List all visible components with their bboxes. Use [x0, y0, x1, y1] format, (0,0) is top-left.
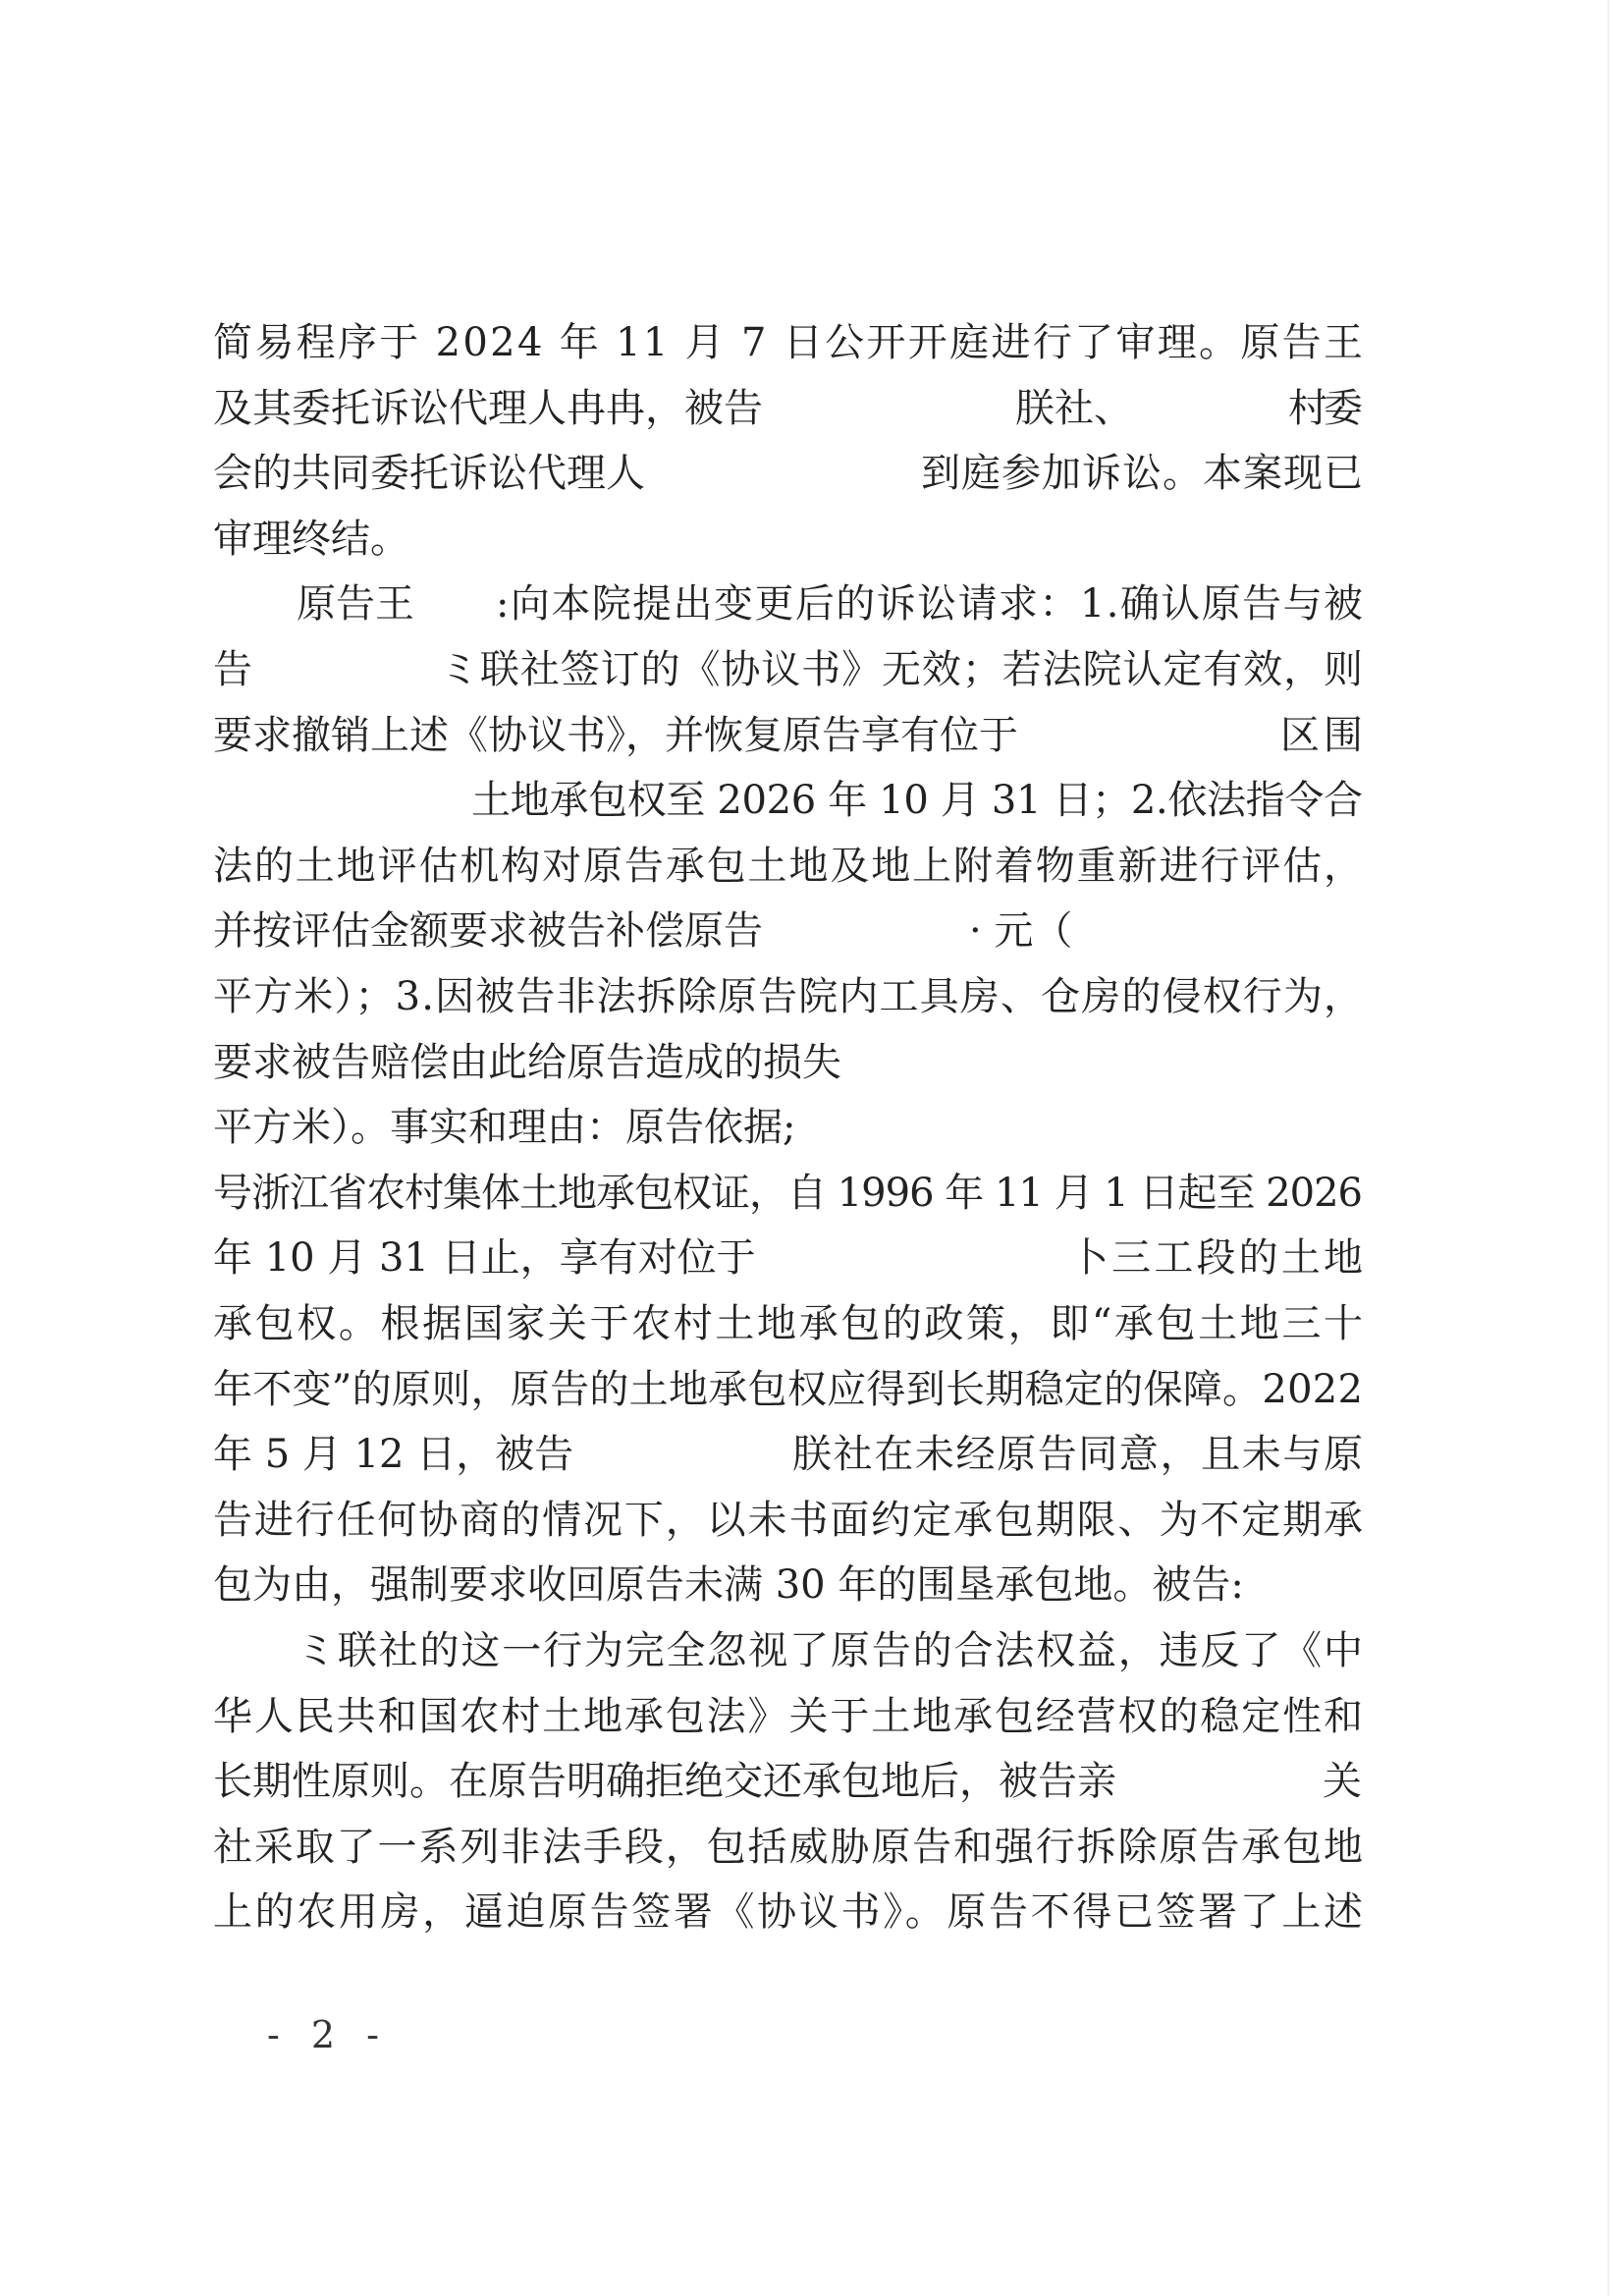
text-line: 法的土地评估机构对原告承包土地及地上附着物重新进行评估，	[213, 844, 1363, 889]
text-segment: 会的共同委托诉讼代理人	[213, 451, 645, 496]
text-line: 年 10 月 31 日止，享有对位于卜三工段的土地	[213, 1235, 1363, 1281]
text-segment: 平方米）。事实和理由：原告依据;	[213, 1105, 795, 1150]
text-segment: 及其委托诉讼代理人冉冉，被告	[213, 386, 763, 431]
text-segment: 告	[213, 647, 252, 692]
text-line: 上的农用房，逼迫原告签署《协议书》。原告不得已签署了上述	[213, 1889, 1363, 1935]
text-segment: 告进行任何协商的情况下，以未书面约定承包期限、为不定期承	[213, 1498, 1365, 1543]
text-line: 年 5 月 12 日，被告朕社在未经原告同意，且未与原	[213, 1432, 1363, 1477]
text-segment: 到庭参加诉讼。本案现已	[921, 451, 1364, 496]
text-segment: 法的土地评估机构对原告承包土地及地上附着物重新进行评估，	[213, 844, 1365, 889]
text-segment: 村委	[1288, 386, 1359, 431]
text-segment: 包为由，强制要求收回原告未满 30 年的围垦承包地。被告:	[213, 1562, 1244, 1608]
text-line: 包为由，强制要求收回原告未满 30 年的围垦承包地。被告:	[213, 1562, 1363, 1608]
text-segment: 简易程序于 2024 年 11 月 7 日公开开庭进行了审理。原告王	[213, 320, 1365, 365]
text-segment: 要求被告赔偿由此给原告造成的损失	[213, 1040, 841, 1085]
text-line: 告进行任何协商的情况下，以未书面约定承包期限、为不定期承	[213, 1498, 1363, 1543]
text-segment: 朕社在未经原告同意，且未与原	[792, 1432, 1365, 1477]
page-edge-shadow	[1607, 0, 1609, 2296]
text-segment: 原告王	[297, 581, 414, 627]
text-line: 号浙江省农村集体土地承包权证，自 1996 年 11 月 1 日起至 2026	[213, 1171, 1363, 1216]
text-line: 要求撤销上述《协议书》，并恢复原告享有位于区围	[213, 713, 1363, 758]
text-segment: 号浙江省农村集体土地承包权证，自 1996 年 11 月 1 日起至 2026	[213, 1171, 1362, 1216]
text-line: 年不变”的原则，原告的土地承包权应得到长期稳定的保障。2022	[213, 1367, 1363, 1412]
text-segment: 关	[1323, 1759, 1362, 1804]
text-segment: · 元（	[969, 908, 1072, 954]
document-page: 简易程序于 2024 年 11 月 7 日公开开庭进行了审理。原告王及其委托诉讼…	[0, 0, 1623, 2296]
text-segment: 区围	[1280, 713, 1367, 758]
text-line: 要求被告赔偿由此给原告造成的损失	[213, 1040, 1363, 1085]
text-segment: 朕社、	[1015, 386, 1133, 431]
text-line: 平方米）；3.因被告非法拆除原告院内工具房、仓房的侵权行为，	[213, 974, 1363, 1019]
text-line: 平方米）。事实和理由：原告依据;	[213, 1105, 1363, 1150]
text-line: 简易程序于 2024 年 11 月 7 日公开开庭进行了审理。原告王	[213, 320, 1363, 365]
text-segment: 并按评估金额要求被告补偿原告	[213, 908, 763, 954]
text-line: 会的共同委托诉讼代理人到庭参加诉讼。本案现已	[213, 451, 1363, 496]
text-segment: ミ联社签订的《协议书》无效；若法院认定有效，则	[440, 647, 1364, 692]
text-segment: ミ联社的这一行为完全忽视了原告的合法权益，违反了《中	[297, 1628, 1365, 1673]
text-line: 并按评估金额要求被告补偿原告· 元（	[213, 908, 1363, 954]
text-segment: 审理终结。	[213, 517, 409, 562]
text-line: 社采取了一系列非法手段，包括威胁原告和强行拆除原告承包地	[213, 1825, 1363, 1870]
page-number: - 2 -	[267, 2013, 389, 2056]
text-segment: 年 10 月 31 日止，享有对位于	[213, 1235, 756, 1281]
text-segment: 年 5 月 12 日，被告	[213, 1432, 573, 1477]
text-segment: 社采取了一系列非法手段，包括威胁原告和强行拆除原告承包地	[213, 1825, 1365, 1870]
text-line: 原告王:向本院提出变更后的诉讼请求：1.确认原告与被	[213, 581, 1363, 627]
text-segment: 承包权。根据国家关于农村土地承包的政策，即“承包土地三十	[213, 1301, 1366, 1346]
text-segment: 要求撤销上述《协议书》，并恢复原告享有位于	[213, 713, 1018, 758]
text-line: 土地承包权至 2026 年 10 月 31 日；2.依法指令合	[213, 778, 1363, 823]
text-segment: 华人民共和国农村土地承包法》关于土地承包经营权的稳定性和	[213, 1694, 1365, 1739]
text-line: 承包权。根据国家关于农村土地承包的政策，即“承包土地三十	[213, 1301, 1363, 1346]
text-line: 告ミ联社签订的《协议书》无效；若法院认定有效，则	[213, 647, 1363, 692]
text-line: ミ联社的这一行为完全忽视了原告的合法权益，违反了《中	[213, 1628, 1363, 1673]
text-segment: 上的农用房，逼迫原告签署《协议书》。原告不得已签署了上述	[213, 1889, 1366, 1935]
text-line: 华人民共和国农村土地承包法》关于土地承包经营权的稳定性和	[213, 1694, 1363, 1739]
text-segment: 土地承包权至 2026 年 10 月 31 日；2.依法指令合	[471, 778, 1363, 823]
text-segment: 长期性原则。在原告明确拒绝交还承包地后，被告亲	[213, 1759, 1116, 1804]
text-segment: 卜三工段的土地	[1069, 1235, 1366, 1281]
text-line: 审理终结。	[213, 517, 1363, 562]
text-line: 及其委托诉讼代理人冉冉，被告朕社、村委	[213, 386, 1363, 431]
text-line: 长期性原则。在原告明确拒绝交还承包地后，被告亲关	[213, 1759, 1363, 1804]
text-segment: 年不变”的原则，原告的土地承包权应得到长期稳定的保障。2022	[213, 1367, 1363, 1412]
text-segment: 平方米）；3.因被告非法拆除原告院内工具房、仓房的侵权行为，	[213, 974, 1364, 1019]
text-segment: :向本院提出变更后的诉讼请求：1.确认原告与被	[496, 581, 1364, 627]
